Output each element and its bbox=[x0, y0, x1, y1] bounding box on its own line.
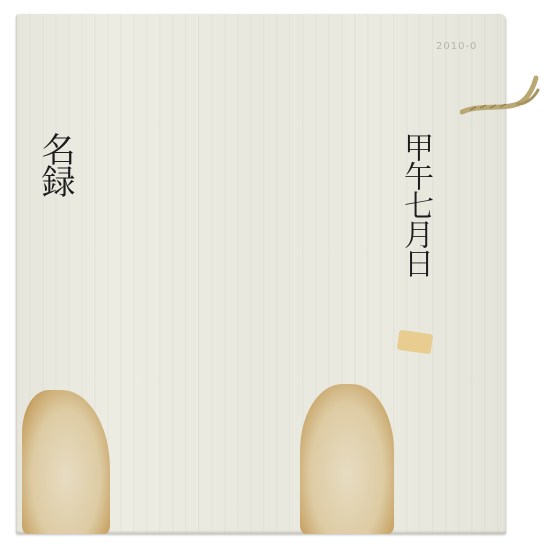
document-title: 名録 bbox=[38, 132, 72, 196]
document-cover: 名録 甲午七月日 2010-0 bbox=[16, 14, 506, 534]
binding-cord-icon bbox=[460, 74, 540, 120]
document-date: 甲午七月日 bbox=[400, 132, 430, 277]
water-stain-center bbox=[300, 384, 394, 534]
catalog-stamp: 2010-0 bbox=[436, 41, 477, 52]
